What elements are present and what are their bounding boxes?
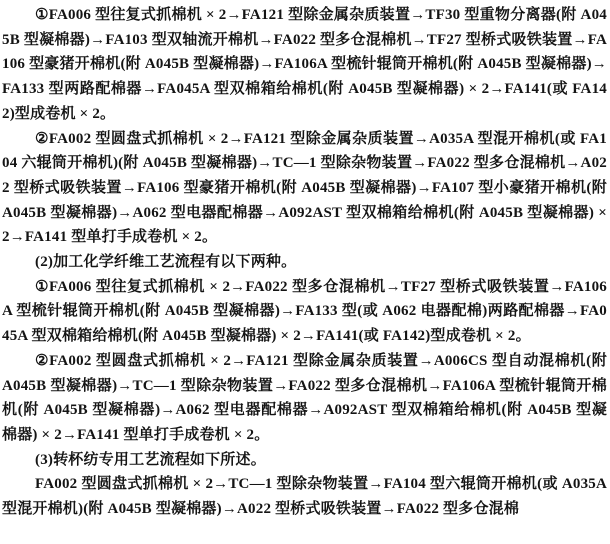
paragraph-cotton-flow-1: ①FA006 型往复式抓棉机 × 2→FA121 型除金属杂质装置→TF30 型… <box>2 3 607 127</box>
paragraph-cotton-flow-2: ②FA002 型圆盘式抓棉机 × 2→FA121 型除金属杂质装置→A035A … <box>2 127 607 251</box>
paragraph-section-3-heading: (3)转杯纺专用工艺流程如下所述。 <box>2 448 607 473</box>
paragraph-rotor-spinning-flow: FA002 型圆盘式抓棉机 × 2→TC—1 型除杂物装置→FA104 型六辊筒… <box>2 472 607 521</box>
paragraph-section-2-heading: (2)加工化学纤维工艺流程有以下两种。 <box>2 250 607 275</box>
paragraph-chemical-fiber-flow-2: ②FA002 型圆盘式抓棉机 × 2→FA121 型除金属杂质装置→A006CS… <box>2 349 607 448</box>
paragraph-chemical-fiber-flow-1: ①FA006 型往复式抓棉机 × 2→FA022 型多仓混棉机→TF27 型桥式… <box>2 275 607 349</box>
document-page: ①FA006 型往复式抓棉机 × 2→FA121 型除金属杂质装置→TF30 型… <box>0 0 610 544</box>
